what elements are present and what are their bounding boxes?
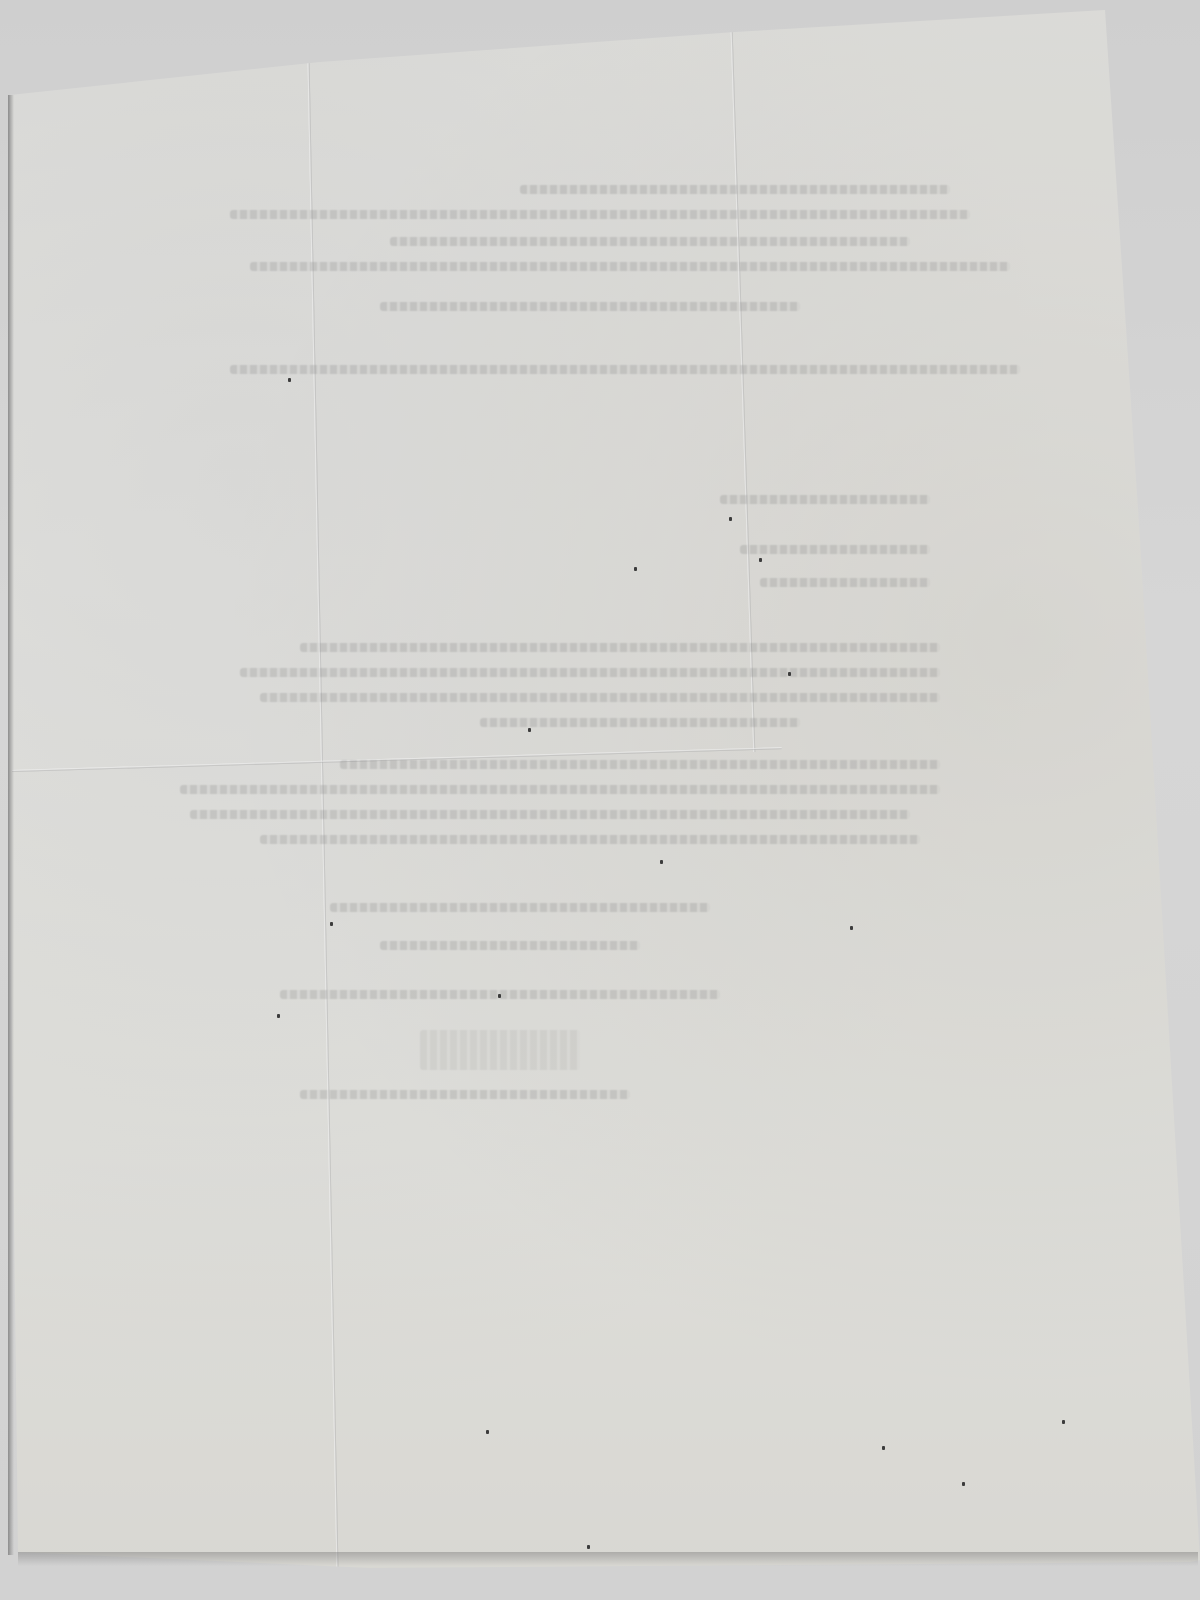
left-edge-shadow	[8, 95, 14, 1555]
bottom-edge-shadow	[18, 1552, 1198, 1566]
document-description: Reverse side of a typed letter on folded…	[0, 0, 1, 1]
paper-sheet: Reverse side of a typed letter on folded…	[0, 0, 1200, 1600]
